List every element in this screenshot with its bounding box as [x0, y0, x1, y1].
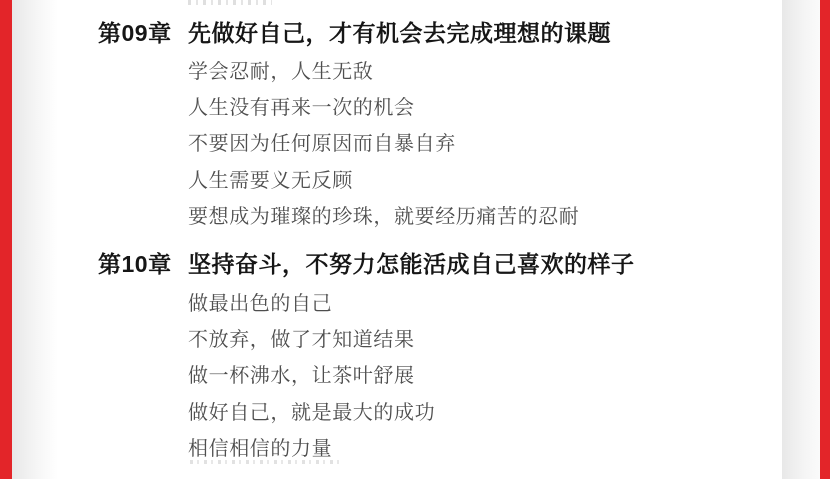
chapter-number: 第09章: [98, 15, 188, 48]
left-page-edge-shadow: [12, 0, 58, 479]
table-of-contents: 第09章 先做好自己，才有机会去完成理想的课题 学会忍耐，人生无敌 人生没有再来…: [98, 11, 766, 465]
toc-item: 学会忍耐，人生无敌: [188, 51, 766, 87]
chapter-title: 坚持奋斗，不努力怎能活成自己喜欢的样子: [188, 246, 635, 279]
toc-item: 做好自己，就是最大的成功: [188, 392, 766, 428]
chapter-block-10: 第10章 坚持奋斗，不努力怎能活成自己喜欢的样子 做最出色的自己 不放弃，做了才…: [98, 243, 766, 465]
toc-item: 不放弃，做了才知道结果: [188, 319, 766, 355]
chapter-number: 第10章: [98, 246, 188, 279]
cut-off-text-remnant-top: [188, 0, 272, 5]
toc-item: 要想成为璀璨的珍珠，就要经历痛苦的忍耐: [188, 197, 766, 233]
chapter-heading: 第09章 先做好自己，才有机会去完成理想的课题: [98, 11, 766, 51]
page: 第09章 先做好自己，才有机会去完成理想的课题 学会忍耐，人生无敌 人生没有再来…: [0, 0, 830, 479]
toc-item: 做一杯沸水，让茶叶舒展: [188, 356, 766, 392]
toc-item: 相信相信的力量: [188, 429, 766, 465]
right-red-edge-bar: [820, 0, 830, 479]
right-page-edge-shadow: [782, 0, 820, 479]
toc-item: 不要因为任何原因而自暴自弃: [188, 124, 766, 160]
chapter-title: 先做好自己，才有机会去完成理想的课题: [188, 15, 611, 48]
toc-item: 人生需要义无反顾: [188, 160, 766, 196]
chapter-heading: 第10章 坚持奋斗，不努力怎能活成自己喜欢的样子: [98, 243, 766, 283]
left-red-edge-bar: [0, 0, 12, 479]
toc-item: 做最出色的自己: [188, 283, 766, 319]
toc-item: 人生没有再来一次的机会: [188, 87, 766, 123]
chapter-block-09: 第09章 先做好自己，才有机会去完成理想的课题 学会忍耐，人生无敌 人生没有再来…: [98, 11, 766, 233]
